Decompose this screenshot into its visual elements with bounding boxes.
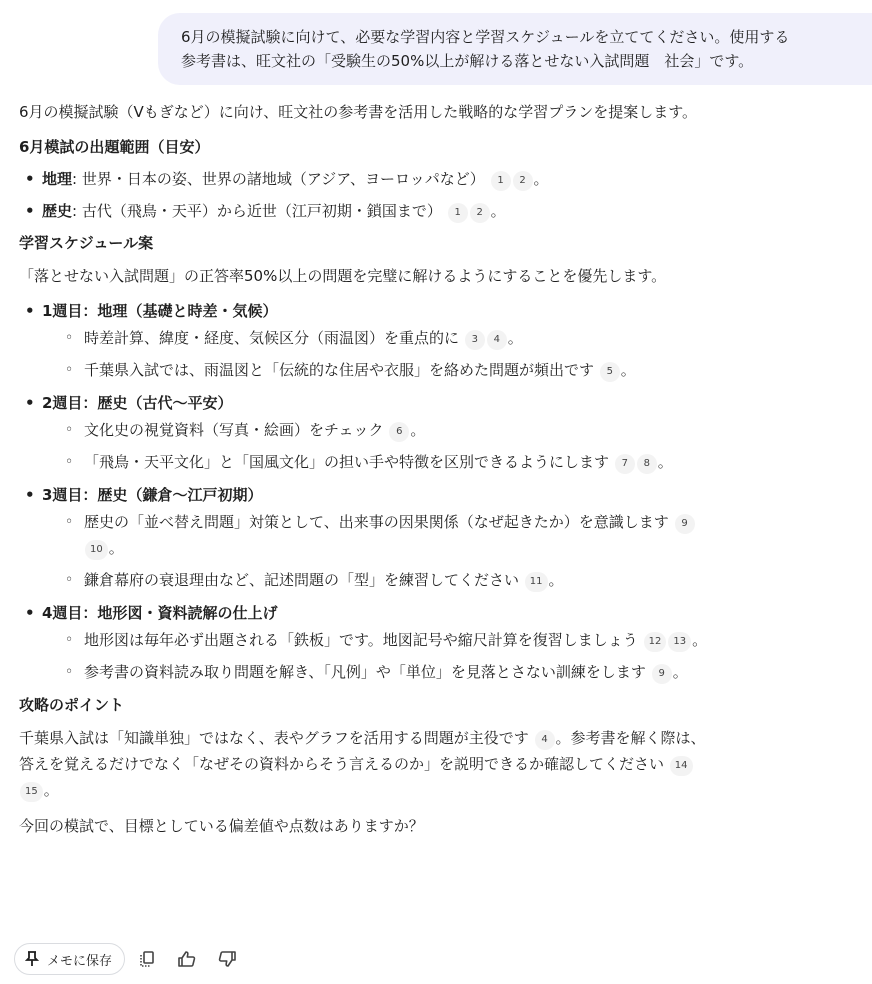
copy-icon [138,950,156,968]
citation-chip[interactable]: 4 [487,330,507,350]
week-title: 4週目：地形図・資料読解の仕上げ [42,604,277,622]
range-list: 地理: 世界・日本の姿、世界の諸地域（アジア、ヨーロッパなど） 12。 歴史: … [19,167,709,223]
point-text: 文化史の視覚資料（写真・絵画）をチェック [84,421,384,439]
save-to-memo-label: メモに保存 [47,950,112,969]
list-item: 時差計算、緯度・経度、気候区分（雨温図）を重点的に 34。 [42,325,709,351]
user-message-line: 6月の模擬試験に向けて、必要な学習内容と学習スケジュールを立ててください。使用す… [181,25,864,49]
list-item: 地理: 世界・日本の姿、世界の諸地域（アジア、ヨーロッパなど） 12。 [19,167,709,191]
citation-chip[interactable]: 5 [600,362,620,382]
week-title: 1週目：地理（基礎と時差・気候） [42,302,277,320]
tips-paragraph: 千葉県入試は「知識単独」ではなく、表やグラフを活用する問題が主役です 4。参考書… [19,725,709,803]
list-item: 地形図は毎年必ず出題される「鉄板」です。地図記号や縮尺計算を復習しましょう 12… [42,627,709,653]
point-text: 歴史の「並べ替え問題」対策として、出来事の因果関係（なぜ起きたか）を意識します [84,513,669,531]
list-item: 文化史の視覚資料（写真・絵画）をチェック 6。 [42,417,709,443]
section-heading-range: 6月模試の出題範囲（目安） [19,135,709,159]
week-item: 3週目：歴史（鎌倉〜江戸初期） 歴史の「並べ替え問題」対策として、出来事の因果関… [19,483,709,593]
punct: 。 [673,663,688,681]
citation-chip[interactable]: 2 [513,171,533,191]
punct: 。 [692,631,707,649]
punct: 。 [410,421,425,439]
assistant-response: 6月の模擬試験（Vもぎなど）に向け、旺文社の参考書を活用した戦略的な学習プランを… [19,99,709,849]
punct: 。 [491,202,506,220]
list-item: 歴史: 古代（飛鳥・天平）から近世（江戸初期・鎖国まで） 12。 [19,199,709,223]
pin-icon [25,951,39,967]
punct: 。 [658,453,673,471]
punct: 。 [44,781,59,799]
punct: 。 [508,329,523,347]
week-item: 4週目：地形図・資料読解の仕上げ 地形図は毎年必ず出題される「鉄板」です。地図記… [19,601,709,685]
tips-text: 千葉県入試は「知識単独」ではなく、表やグラフを活用する問題が主役です [19,729,529,747]
punct: 。 [621,361,636,379]
list-item: 鎌倉幕府の衰退理由など、記述問題の「型」を練習してください 11。 [42,567,709,593]
thumbs-down-button[interactable] [209,943,245,975]
citation-chip[interactable]: 11 [525,572,548,592]
save-to-memo-button[interactable]: メモに保存 [14,943,125,975]
week-title: 3週目：歴史（鎌倉〜江戸初期） [42,486,262,504]
week-points: 文化史の視覚資料（写真・絵画）をチェック 6。 「飛鳥・天平文化」と「国風文化」… [42,417,709,475]
citation-chip[interactable]: 9 [652,664,672,684]
point-text: 参考書の資料読み取り問題を解き、「凡例」や「単位」を見落とさない訓練をします [84,663,646,681]
citation-chip[interactable]: 12 [644,632,667,652]
week-points: 地形図は毎年必ず出題される「鉄板」です。地図記号や縮尺計算を復習しましょう 12… [42,627,709,685]
point-text: 千葉県入試では、雨温図と「伝統的な住居や衣服」を絡めた問題が頻出です [84,361,594,379]
item-text: : 世界・日本の姿、世界の諸地域（アジア、ヨーロッパなど） [72,170,485,188]
followup-question: 今回の模試で、目標としている偏差値や点数はありますか？ [19,813,709,839]
week-points: 歴史の「並べ替え問題」対策として、出来事の因果関係（なぜ起きたか）を意識します … [42,509,709,593]
schedule-lead: 「落とせない入試問題」の正答率50%以上の問題を完璧に解けるようにすることを優先… [19,263,709,289]
citation-chip[interactable]: 4 [535,730,555,750]
list-item: 参考書の資料読み取り問題を解き、「凡例」や「単位」を見落とさない訓練をします 9… [42,659,709,685]
punct: 。 [534,170,549,188]
intro-text: 6月の模擬試験（Vもぎなど）に向け、旺文社の参考書を活用した戦略的な学習プランを… [19,99,709,125]
weeks-list: 1週目：地理（基礎と時差・気候） 時差計算、緯度・経度、気候区分（雨温図）を重点… [19,299,709,685]
citation-chip[interactable]: 6 [389,422,409,442]
week-item: 1週目：地理（基礎と時差・気候） 時差計算、緯度・経度、気候区分（雨温図）を重点… [19,299,709,383]
item-text: : 古代（飛鳥・天平）から近世（江戸初期・鎖国まで） [72,202,442,220]
citation-chip[interactable]: 14 [670,756,693,776]
citation-chip[interactable]: 2 [470,203,490,223]
list-item: 歴史の「並べ替え問題」対策として、出来事の因果関係（なぜ起きたか）を意識します … [42,509,709,561]
user-message-line: 参考書は、旺文社の「受験生の50%以上が解ける落とせない入試問題 社会」です。 [181,49,864,73]
week-title: 2週目：歴史（古代〜平安） [42,394,232,412]
thumbs-up-icon [177,950,197,968]
punct: 。 [549,571,564,589]
citation-chip[interactable]: 8 [637,454,657,474]
citation-chip[interactable]: 13 [668,632,691,652]
section-heading-tips: 攻略のポイント [19,693,709,717]
citation-chip[interactable]: 3 [465,330,485,350]
point-text: 鎌倉幕府の衰退理由など、記述問題の「型」を練習してください [84,571,519,589]
citation-chip[interactable]: 1 [491,171,511,191]
punct: 。 [109,539,124,557]
point-text: 「飛鳥・天平文化」と「国風文化」の担い手や特徴を区別できるようにします [84,453,609,471]
copy-button[interactable] [129,943,165,975]
point-text: 時差計算、緯度・経度、気候区分（雨温図）を重点的に [84,329,459,347]
response-actions: メモに保存 [14,943,245,975]
week-points: 時差計算、緯度・経度、気候区分（雨温図）を重点的に 34。 千葉県入試では、雨温… [42,325,709,383]
citation-chip[interactable]: 15 [20,782,43,802]
list-item: 「飛鳥・天平文化」と「国風文化」の担い手や特徴を区別できるようにします 78。 [42,449,709,475]
item-label: 地理 [42,170,72,188]
week-item: 2週目：歴史（古代〜平安） 文化史の視覚資料（写真・絵画）をチェック 6。 「飛… [19,391,709,475]
section-heading-schedule: 学習スケジュール案 [19,231,709,255]
citation-chip[interactable]: 7 [615,454,635,474]
citation-chip[interactable]: 10 [85,540,108,560]
citation-chip[interactable]: 1 [448,203,468,223]
citation-chip[interactable]: 9 [675,514,695,534]
user-message-bubble: 6月の模擬試験に向けて、必要な学習内容と学習スケジュールを立ててください。使用す… [158,13,872,85]
thumbs-up-button[interactable] [169,943,205,975]
thumbs-down-icon [217,950,237,968]
list-item: 千葉県入試では、雨温図と「伝統的な住居や衣服」を絡めた問題が頻出です 5。 [42,357,709,383]
point-text: 地形図は毎年必ず出題される「鉄板」です。地図記号や縮尺計算を復習しましょう [84,631,638,649]
item-label: 歴史 [42,202,72,220]
